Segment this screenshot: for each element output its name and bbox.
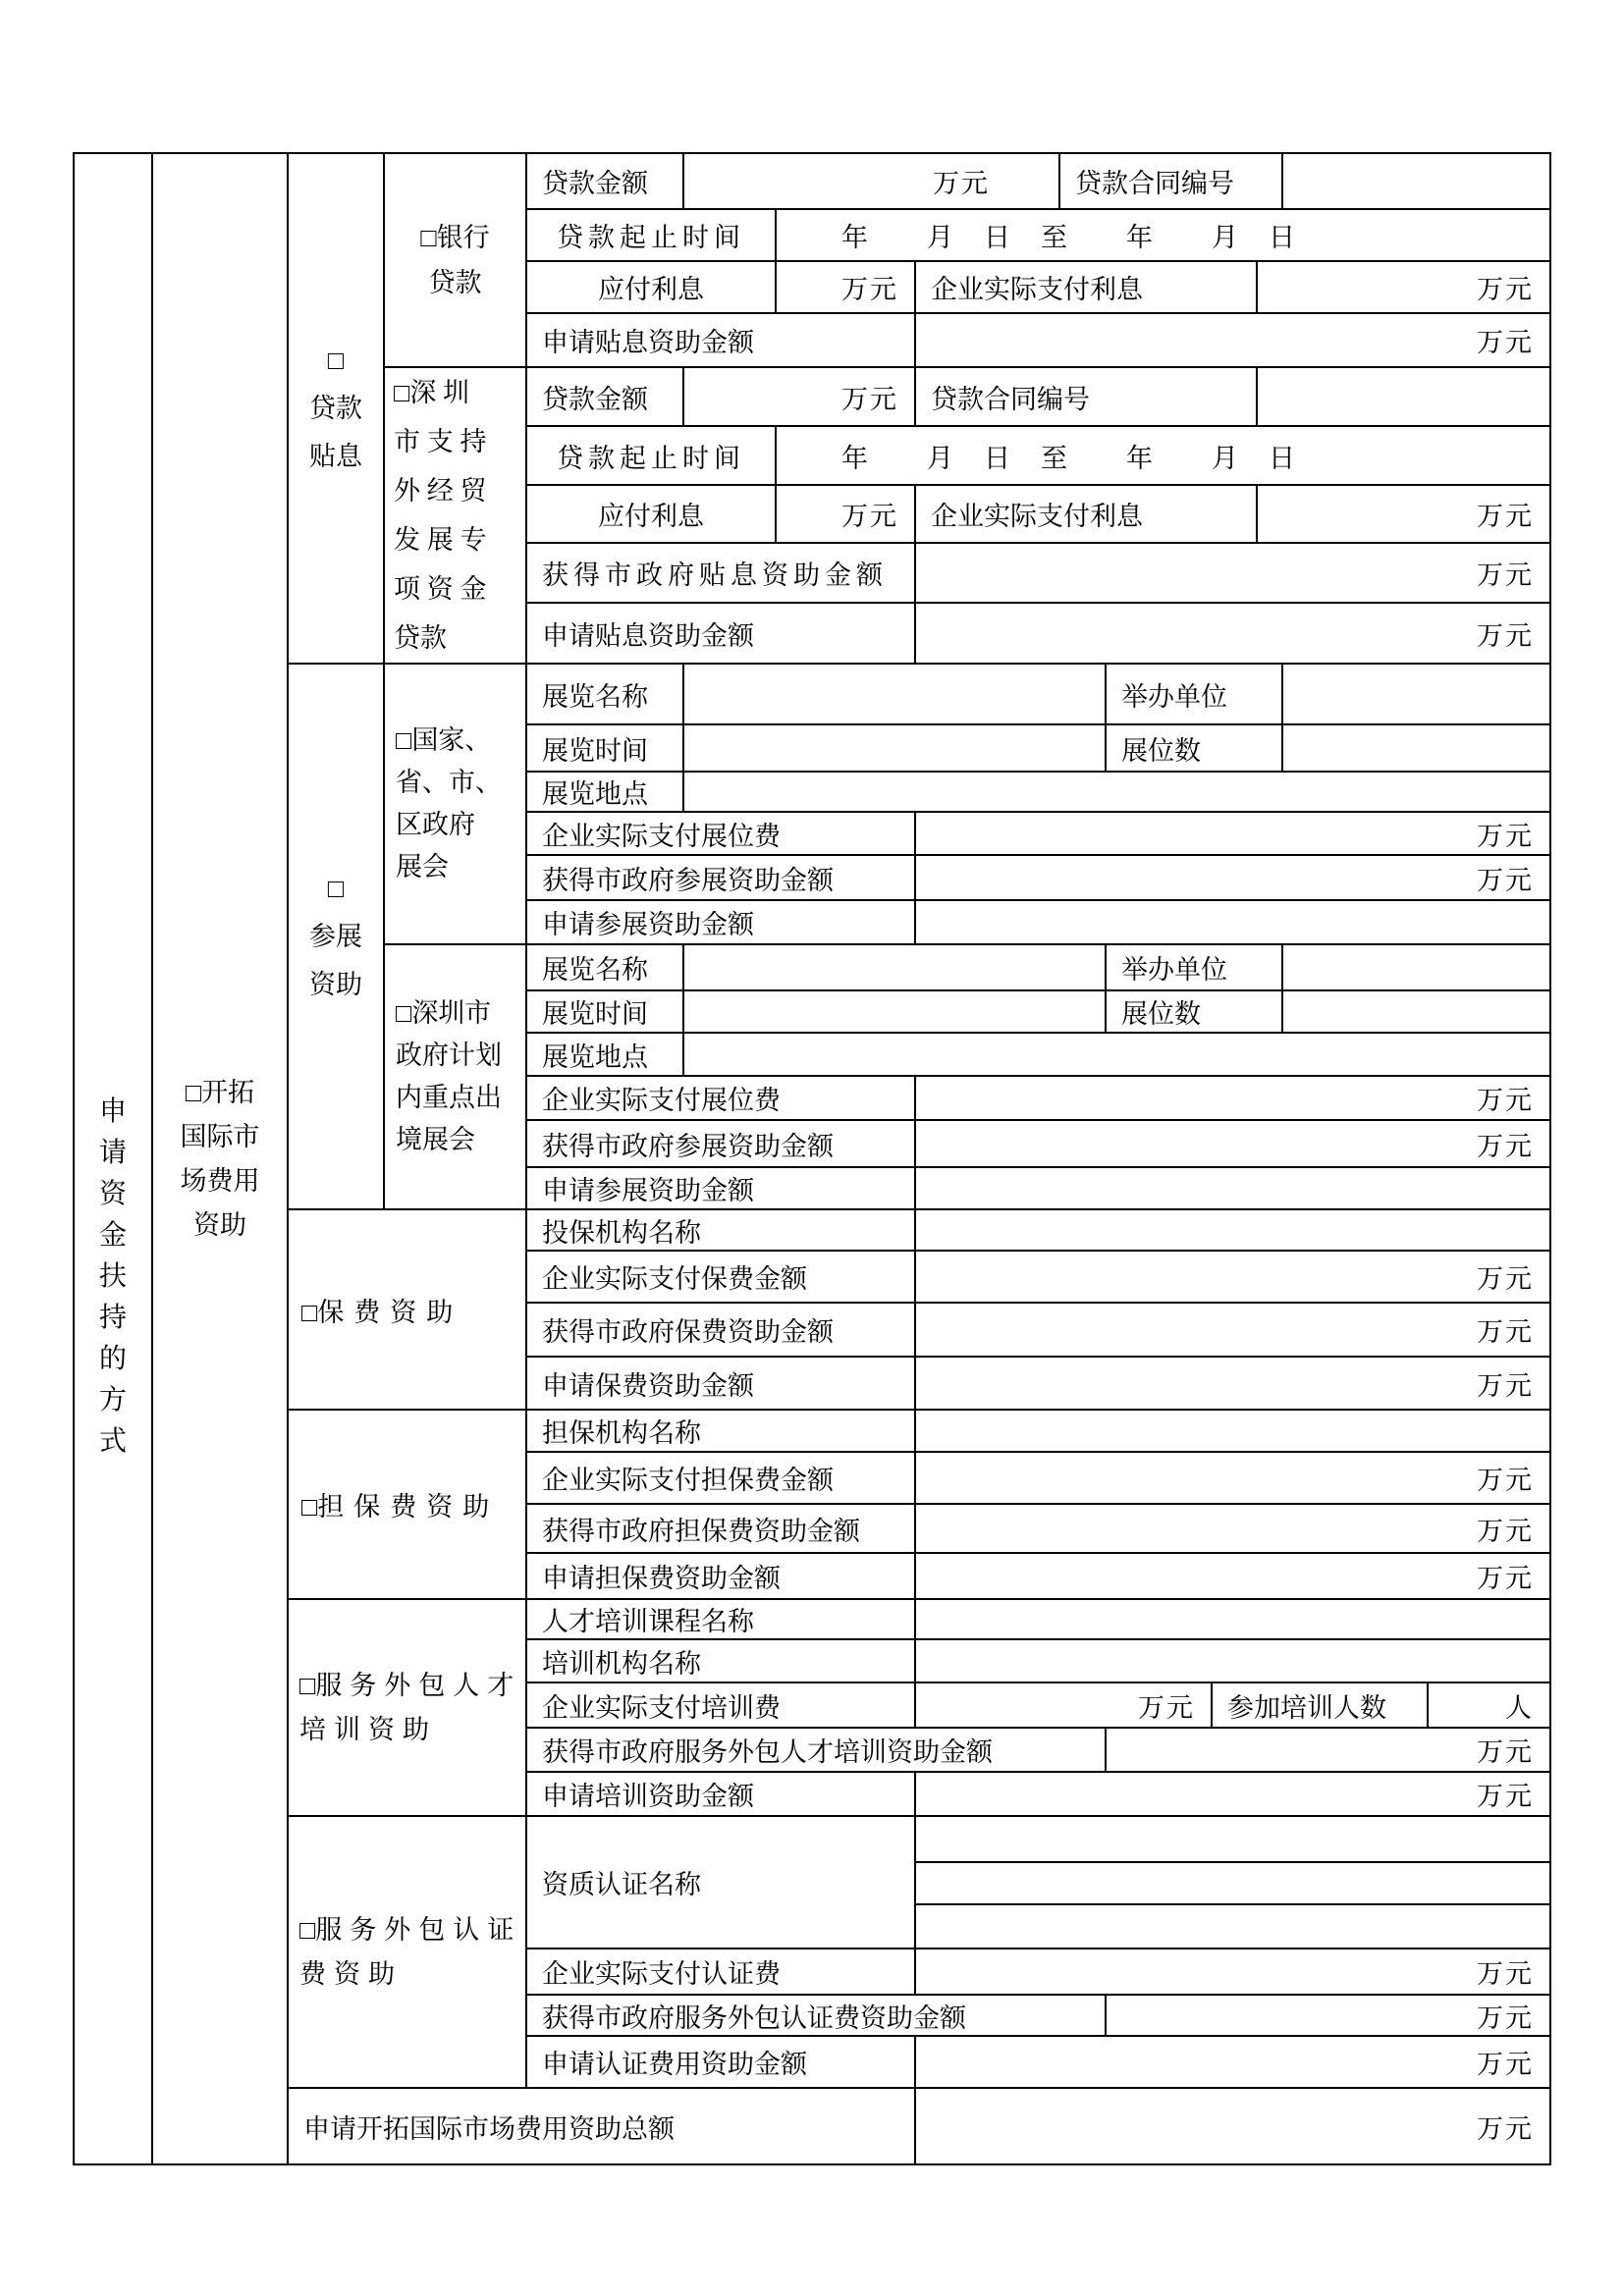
bank-loan-contract-value-cell[interactable]	[1282, 153, 1550, 209]
certification-apply-value-cell[interactable]: 万元	[915, 2036, 1550, 2088]
sz-interest-payable-value-cell[interactable]: 万元	[776, 485, 915, 543]
unit-wanyuan: 万元	[1477, 1264, 1534, 1294]
sz-interest-payable-label: 应付利息	[526, 485, 776, 543]
unit-wanyuan: 万元	[1477, 1132, 1534, 1161]
gov-exh-name-label: 展览名称	[526, 664, 683, 724]
table-row: □保费资助 投保机构名称	[74, 1209, 1550, 1251]
checkbox-guarantee-subsidy[interactable]: □	[301, 1492, 317, 1522]
method-label: 申请资金扶持的方式	[98, 1092, 128, 1463]
table-row: □担保费资助 担保机构名称	[74, 1410, 1550, 1452]
sz-loan-period-value-cell[interactable]: 年 月 日 至 年 月 日	[776, 426, 1550, 484]
table-row: □服务外包认证 费资助 资质认证名称	[74, 1816, 1550, 1862]
insurance-paid-label: 企业实际支付保费金额	[526, 1251, 915, 1303]
szplan-exh-venue-value-cell[interactable]	[683, 1033, 1550, 1076]
bank-interest-payable-label: 应付利息	[526, 261, 776, 313]
checkbox-bank-loan[interactable]: □	[420, 223, 436, 252]
bank-paid-interest-value-cell[interactable]: 万元	[1257, 261, 1550, 313]
gov-exhibition-group-label: 国家、 省、市、 区政府 展会	[396, 725, 502, 881]
unit-wanyuan: 万元	[1477, 328, 1534, 357]
bank-apply-subsidy-value-cell[interactable]: 万元	[915, 313, 1550, 367]
gov-exh-paid-label: 企业实际支付展位费	[526, 812, 915, 855]
guarantee-org-value-cell[interactable]	[915, 1410, 1550, 1452]
funding-support-form-table: 申请资金扶持的方式 □开拓 国际市 场费用 资助 □贷款 贴息 □银行 贷款 贷…	[73, 152, 1551, 2165]
unit-wanyuan: 万元	[1477, 1317, 1534, 1347]
gov-exh-booths-value-cell[interactable]	[1282, 724, 1550, 772]
guarantee-group-label: 担保费资助	[317, 1492, 499, 1522]
sz-loan-period-label: 贷款起止时间	[526, 426, 776, 484]
guarantee-paid-label: 企业实际支付担保费金额	[526, 1452, 915, 1504]
unit-wanyuan: 万元	[1477, 1782, 1534, 1811]
training-apply-label: 申请培训资助金额	[526, 1772, 915, 1816]
guarantee-org-label: 担保机构名称	[526, 1410, 915, 1452]
gov-exh-apply-label: 申请参展资助金额	[526, 900, 915, 944]
checkbox-open-intl-market[interactable]: □	[186, 1078, 201, 1107]
szplan-exh-time-label: 展览时间	[526, 990, 683, 1033]
bank-paid-interest-label: 企业实际支付利息	[915, 261, 1257, 313]
insurance-group-cell: □保费资助	[288, 1209, 526, 1410]
certification-apply-label: 申请认证费用资助金额	[526, 2036, 915, 2088]
unit-ren: 人	[1505, 1693, 1534, 1723]
sz-paid-interest-label: 企业实际支付利息	[915, 485, 1257, 543]
certification-name-value-cell-1[interactable]	[915, 1816, 1550, 1862]
guarantee-paid-value-cell[interactable]: 万元	[915, 1452, 1550, 1504]
bank-loan-period-value-cell[interactable]: 年 月 日 至 年 月 日	[776, 209, 1550, 261]
sz-loan-amount-label: 贷款金额	[526, 367, 683, 426]
certification-gained-value-cell[interactable]: 万元	[1106, 1995, 1550, 2036]
method-column: 申请资金扶持的方式	[74, 153, 152, 2164]
certification-paid-label: 企业实际支付认证费	[526, 1949, 915, 1995]
gov-exh-organizer-value-cell[interactable]	[1282, 664, 1550, 724]
unit-wanyuan: 万元	[1477, 2003, 1534, 2033]
bank-loan-contract-label: 贷款合同编号	[1059, 153, 1282, 209]
insurance-apply-value-cell[interactable]: 万元	[915, 1357, 1550, 1410]
sz-paid-interest-value-cell[interactable]: 万元	[1257, 485, 1550, 543]
szplan-exh-paid-value-cell[interactable]: 万元	[915, 1076, 1550, 1120]
gov-exh-gained-value-cell[interactable]: 万元	[915, 855, 1550, 900]
sz-gained-subsidy-label: 获得市政府贴息资助金额	[526, 543, 915, 604]
unit-wanyuan: 万元	[841, 502, 898, 531]
szplan-exh-name-label: 展览名称	[526, 944, 683, 990]
unit-wanyuan: 万元	[1477, 1371, 1534, 1401]
insurance-apply-label: 申请保费资助金额	[526, 1357, 915, 1410]
unit-wanyuan: 万元	[1477, 561, 1534, 590]
training-gained-value-cell[interactable]: 万元	[1106, 1728, 1550, 1772]
trainee-count-value-cell[interactable]: 人	[1428, 1682, 1550, 1728]
guarantee-gained-label: 获得市政府担保费资助金额	[526, 1504, 915, 1553]
table-row: 申请资金扶持的方式 □开拓 国际市 场费用 资助 □贷款 贴息 □银行 贷款 贷…	[74, 153, 1550, 209]
unit-wanyuan: 万元	[1477, 1466, 1534, 1495]
guarantee-apply-value-cell[interactable]: 万元	[915, 1553, 1550, 1599]
table-row: □参展 资助 □国家、 省、市、 区政府 展会 展览名称 举办单位	[74, 664, 1550, 724]
certification-name-value-cell-3[interactable]	[915, 1904, 1550, 1949]
training-org-value-cell[interactable]	[915, 1639, 1550, 1682]
szplan-exh-organizer-value-cell[interactable]	[1282, 944, 1550, 990]
guarantee-apply-label: 申请担保费资助金额	[526, 1553, 915, 1599]
unit-wanyuan: 万元	[1477, 1564, 1534, 1593]
sz-apply-subsidy-value-cell[interactable]: 万元	[915, 603, 1550, 664]
guarantee-group-cell: □担保费资助	[288, 1410, 526, 1599]
insurance-paid-value-cell[interactable]: 万元	[915, 1251, 1550, 1303]
checkbox-sz-special-loan[interactable]: □	[394, 378, 409, 407]
szplan-exh-paid-label: 企业实际支付展位费	[526, 1076, 915, 1120]
training-paid-value-cell[interactable]: 万元	[915, 1682, 1212, 1728]
training-org-label: 培训机构名称	[526, 1639, 915, 1682]
certification-group-cell: □服务外包认证 费资助	[288, 1816, 526, 2088]
sz-apply-subsidy-label: 申请贴息资助金额	[526, 603, 915, 664]
szplan-exh-booths-label: 展位数	[1106, 990, 1282, 1033]
unit-wanyuan: 万元	[1477, 866, 1534, 895]
sz-loan-amount-value-cell[interactable]: 万元	[683, 367, 915, 426]
unit-wanyuan: 万元	[1138, 1693, 1195, 1723]
unit-wanyuan: 万元	[933, 169, 990, 198]
unit-wanyuan: 万元	[841, 275, 898, 304]
checkbox-exhibition-subsidy[interactable]: □	[289, 865, 383, 913]
page: { "form": { "method_label": "申请资金扶持的方式",…	[0, 0, 1624, 2296]
category-cell: □开拓 国际市 场费用 资助	[152, 153, 288, 2164]
unit-wanyuan: 万元	[1477, 1737, 1534, 1767]
guarantee-gained-value-cell[interactable]: 万元	[915, 1504, 1550, 1553]
unit-wanyuan: 万元	[1477, 1517, 1534, 1546]
unit-wanyuan: 万元	[1477, 822, 1534, 851]
unit-wanyuan: 万元	[841, 385, 898, 414]
training-course-label: 人才培训课程名称	[526, 1599, 915, 1639]
gov-exh-booths-label: 展位数	[1106, 724, 1282, 772]
unit-wanyuan: 万元	[1477, 1086, 1534, 1115]
unit-wanyuan: 万元	[1477, 2050, 1534, 2079]
gov-exh-paid-value-cell[interactable]: 万元	[915, 812, 1550, 855]
total-apply-value-cell[interactable]: 万元	[915, 2088, 1550, 2164]
unit-wanyuan: 万元	[1477, 502, 1534, 531]
unit-wanyuan: 万元	[1477, 2114, 1534, 2144]
gov-exh-venue-label: 展览地点	[526, 772, 683, 812]
sz-loan-contract-value-cell[interactable]	[1257, 367, 1550, 426]
szplan-exh-apply-value-cell[interactable]	[915, 1167, 1550, 1209]
gov-exh-venue-value-cell[interactable]	[683, 772, 1550, 812]
loan-interest-group-label: 贷款 贴息	[309, 394, 362, 471]
training-gained-label: 获得市政府服务外包人才培训资助金额	[526, 1728, 1106, 1772]
bank-loan-period-label: 贷款起止时间	[526, 209, 776, 261]
sz-loan-contract-label: 贷款合同编号	[915, 367, 1257, 426]
table-row: □服务外包人才 培训资助 人才培训课程名称	[74, 1599, 1550, 1639]
bank-loan-amount-label: 贷款金额	[526, 153, 683, 209]
gov-exh-time-value-cell[interactable]	[683, 724, 1106, 772]
checkbox-certification-subsidy[interactable]: □	[299, 1915, 315, 1945]
training-group-label: 服务外包人才 培训资助	[299, 1671, 521, 1744]
gov-exh-apply-value-cell[interactable]	[915, 900, 1550, 944]
unit-wanyuan: 万元	[1477, 1959, 1534, 1989]
exhibition-group-label: 参展 资助	[309, 922, 362, 999]
bank-apply-subsidy-label: 申请贴息资助金额	[526, 313, 915, 367]
unit-wanyuan: 万元	[1477, 621, 1534, 651]
certification-group-label: 服务外包认证 费资助	[299, 1915, 521, 1989]
insurance-gained-label: 获得市政府保费资助金额	[526, 1303, 915, 1357]
sz-special-loan-group-cell: □深 圳 市 支 持 外 经 贸 发 展 专 项 资 金 贷款	[384, 367, 526, 664]
table-row: 申请开拓国际市场费用资助总额 万元	[74, 2088, 1550, 2164]
bank-loan-amount-value-cell[interactable]: 万元	[683, 153, 1059, 209]
sz-special-loan-group-label: 深 圳 市 支 持 外 经 贸 发 展 专 项 资 金 贷款	[394, 378, 487, 653]
training-group-cell: □服务外包人才 培训资助	[288, 1599, 526, 1816]
gov-exh-organizer-label: 举办单位	[1106, 664, 1282, 724]
szplan-exhibition-group-cell: □深圳市 政府计划 内重点出 境展会	[384, 944, 526, 1209]
training-paid-label: 企业实际支付培训费	[526, 1682, 915, 1728]
gov-exh-name-value-cell[interactable]	[683, 664, 1106, 724]
gov-exhibition-group-cell: □国家、 省、市、 区政府 展会	[384, 664, 526, 944]
sz-gained-subsidy-value-cell[interactable]: 万元	[915, 543, 1550, 604]
insurance-group-label: 保费资助	[317, 1298, 462, 1327]
certification-name-label: 资质认证名称	[526, 1816, 915, 1949]
certification-gained-label: 获得市政府服务外包认证费资助金额	[526, 1995, 1106, 2036]
insurer-name-value-cell[interactable]	[915, 1209, 1550, 1251]
loan-interest-group-cell: □贷款 贴息	[288, 153, 384, 664]
gov-exh-gained-label: 获得市政府参展资助金额	[526, 855, 915, 900]
szplan-exh-organizer-label: 举办单位	[1106, 944, 1282, 990]
checkbox-loan-interest[interactable]: □	[289, 337, 383, 385]
bank-loan-group-cell: □银行 贷款	[384, 153, 526, 367]
training-course-value-cell[interactable]	[915, 1599, 1550, 1639]
szplan-exh-apply-label: 申请参展资助金额	[526, 1167, 915, 1209]
total-apply-label: 申请开拓国际市场费用资助总额	[288, 2088, 915, 2164]
checkbox-szplan-exhibition[interactable]: □	[396, 998, 411, 1028]
szplan-exh-venue-label: 展览地点	[526, 1033, 683, 1076]
szplan-exh-gained-label: 获得市政府参展资助金额	[526, 1120, 915, 1167]
unit-wanyuan: 万元	[1477, 275, 1534, 304]
insurance-gained-value-cell[interactable]: 万元	[915, 1303, 1550, 1357]
checkbox-gov-exhibition[interactable]: □	[396, 725, 411, 755]
certification-name-value-cell-2[interactable]	[915, 1862, 1550, 1904]
checkbox-insurance-subsidy[interactable]: □	[301, 1298, 317, 1327]
insurer-name-label: 投保机构名称	[526, 1209, 915, 1251]
szplan-exhibition-group-label: 深圳市 政府计划 内重点出 境展会	[396, 998, 502, 1154]
szplan-exh-gained-value-cell[interactable]: 万元	[915, 1120, 1550, 1167]
szplan-exh-booths-value-cell[interactable]	[1282, 990, 1550, 1033]
exhibition-group-cell: □参展 资助	[288, 664, 384, 1209]
szplan-exh-name-value-cell[interactable]	[683, 944, 1106, 990]
bank-loan-group-label: 银行 贷款	[429, 223, 490, 297]
trainee-count-label: 参加培训人数	[1212, 1682, 1428, 1728]
certification-paid-value-cell[interactable]: 万元	[915, 1949, 1550, 1995]
checkbox-training-subsidy[interactable]: □	[299, 1671, 315, 1700]
gov-exh-time-label: 展览时间	[526, 724, 683, 772]
training-apply-value-cell[interactable]: 万元	[915, 1772, 1550, 1816]
bank-interest-payable-value-cell[interactable]: 万元	[776, 261, 915, 313]
szplan-exh-time-value-cell[interactable]	[683, 990, 1106, 1033]
